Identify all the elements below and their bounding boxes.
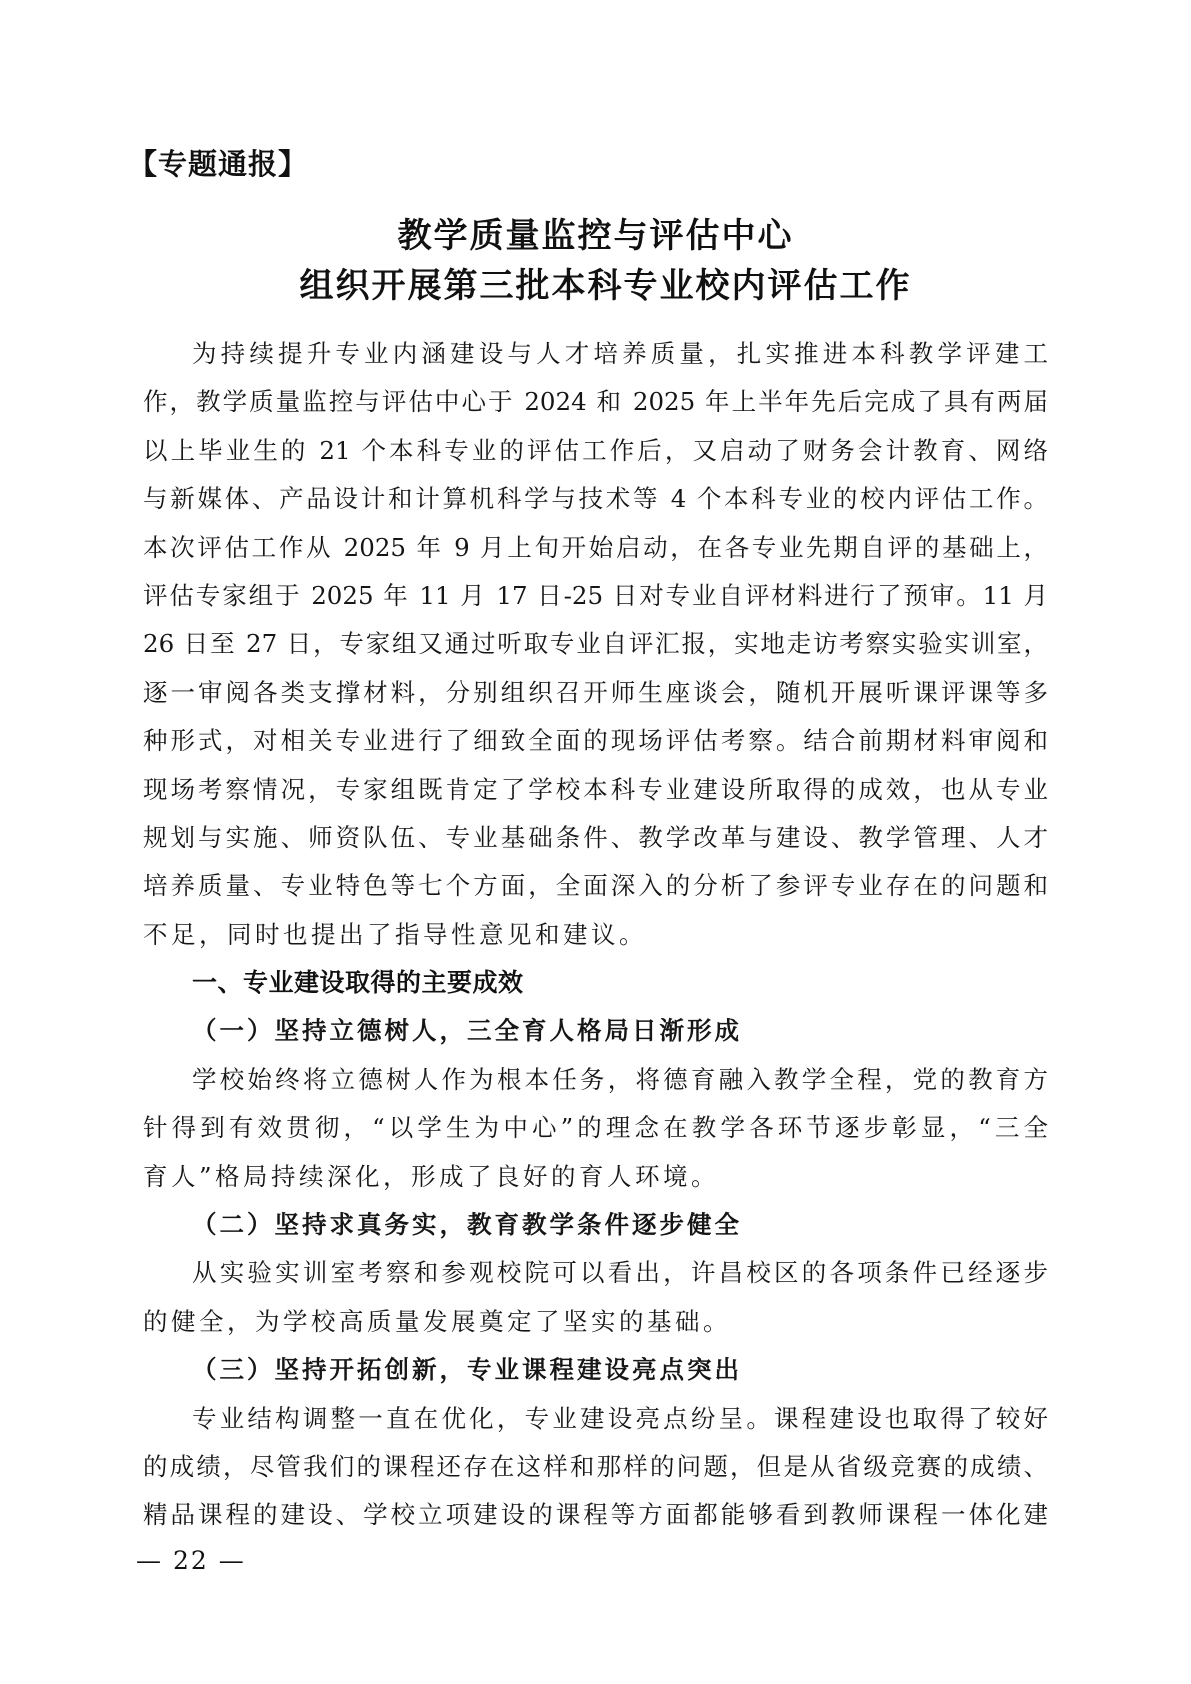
paragraph-line: 学校始终将立德树人作为根本任务，将德育融入教学全程，党的教育方 xyxy=(143,1056,1048,1104)
subsection-heading: （一）坚持立德树人，三全育人格局日渐形成 xyxy=(143,1007,1048,1055)
paragraph-line: 评估专家组于 2025 年 11 月 17 日-25 日对专业自评材料进行了预审… xyxy=(143,572,1048,620)
paragraph-line: 种形式，对相关专业进行了细致全面的现场评估考察。结合前期材料审阅和 xyxy=(143,717,1048,765)
paragraph-line: 针得到有效贯彻，“以学生为中心”的理念在教学各环节逐步彰显，“三全 xyxy=(143,1104,1048,1152)
paragraph-line: 规划与实施、师资队伍、专业基础条件、教学改革与建设、教学管理、人才 xyxy=(143,814,1048,862)
article-title-line-1: 教学质量监控与评估中心 xyxy=(0,208,1191,257)
paragraph-line: 26 日至 27 日，专家组又通过听取专业自评汇报，实地走访考察实验实训室， xyxy=(143,620,1048,668)
subsection-heading: （二）坚持求真务实，教育教学条件逐步健全 xyxy=(143,1201,1048,1249)
paragraph-line: 培养质量、专业特色等七个方面，全面深入的分析了参评专业存在的问题和 xyxy=(143,862,1048,910)
subsection-heading: （三）坚持开拓创新，专业课程建设亮点突出 xyxy=(143,1346,1048,1394)
paragraph-line: 以上毕业生的 21 个本科专业的评估工作后，又启动了财务会计教育、网络 xyxy=(143,427,1048,475)
section-heading: 一、专业建设取得的主要成效 xyxy=(143,959,1048,1007)
subsection-paragraph: 从实验实训室考察和参观校院可以看出，许昌校区的各项条件已经逐步 的健全，为学校高… xyxy=(143,1249,1048,1346)
paragraph-line: 为持续提升专业内涵建设与人才培养质量，扎实推进本科教学评建工 xyxy=(143,330,1048,378)
paragraph-line: 作，教学质量监控与评估中心于 2024 和 2025 年上半年先后完成了具有两届 xyxy=(143,378,1048,426)
paragraph-line: 与新媒体、产品设计和计算机科学与技术等 4 个本科专业的校内评估工作。 xyxy=(143,475,1048,523)
document-page: 【专题通报】 教学质量监控与评估中心 组织开展第三批本科专业校内评估工作 为持续… xyxy=(0,0,1191,1684)
paragraph-line: 不足，同时也提出了指导性意见和建议。 xyxy=(143,911,1048,959)
article-title-line-2: 组织开展第三批本科专业校内评估工作 xyxy=(10,258,1191,307)
paragraph-line: 育人”格局持续深化，形成了良好的育人环境。 xyxy=(143,1153,1048,1201)
paragraph-line: 的健全，为学校高质量发展奠定了坚实的基础。 xyxy=(143,1298,1048,1346)
section-tag: 【专题通报】 xyxy=(128,142,308,183)
paragraph-line: 逐一审阅各类支撑材料，分别组织召开师生座谈会，随机开展听课评课等多 xyxy=(143,669,1048,717)
paragraph-line: 从实验实训室考察和参观校院可以看出，许昌校区的各项条件已经逐步 xyxy=(143,1249,1048,1297)
article-body: 为持续提升专业内涵建设与人才培养质量，扎实推进本科教学评建工 作，教学质量监控与… xyxy=(143,330,1048,1540)
page-number: — 22 — xyxy=(136,1546,246,1575)
paragraph-line: 的成绩，尽管我们的课程还存在这样和那样的问题，但是从省级竞赛的成绩、 xyxy=(143,1443,1048,1491)
paragraph-line: 现场考察情况，专家组既肯定了学校本科专业建设所取得的成效，也从专业 xyxy=(143,766,1048,814)
paragraph-line: 精品课程的建设、学校立项建设的课程等方面都能够看到教师课程一体化建 xyxy=(143,1491,1048,1539)
intro-paragraph: 为持续提升专业内涵建设与人才培养质量，扎实推进本科教学评建工 作，教学质量监控与… xyxy=(143,330,1048,959)
subsection-paragraph: 学校始终将立德树人作为根本任务，将德育融入教学全程，党的教育方 针得到有效贯彻，… xyxy=(143,1056,1048,1201)
subsection-paragraph: 专业结构调整一直在优化，专业建设亮点纷呈。课程建设也取得了较好 的成绩，尽管我们… xyxy=(143,1395,1048,1540)
paragraph-line: 本次评估工作从 2025 年 9 月上旬开始启动，在各专业先期自评的基础上， xyxy=(143,524,1048,572)
paragraph-line: 专业结构调整一直在优化，专业建设亮点纷呈。课程建设也取得了较好 xyxy=(143,1395,1048,1443)
